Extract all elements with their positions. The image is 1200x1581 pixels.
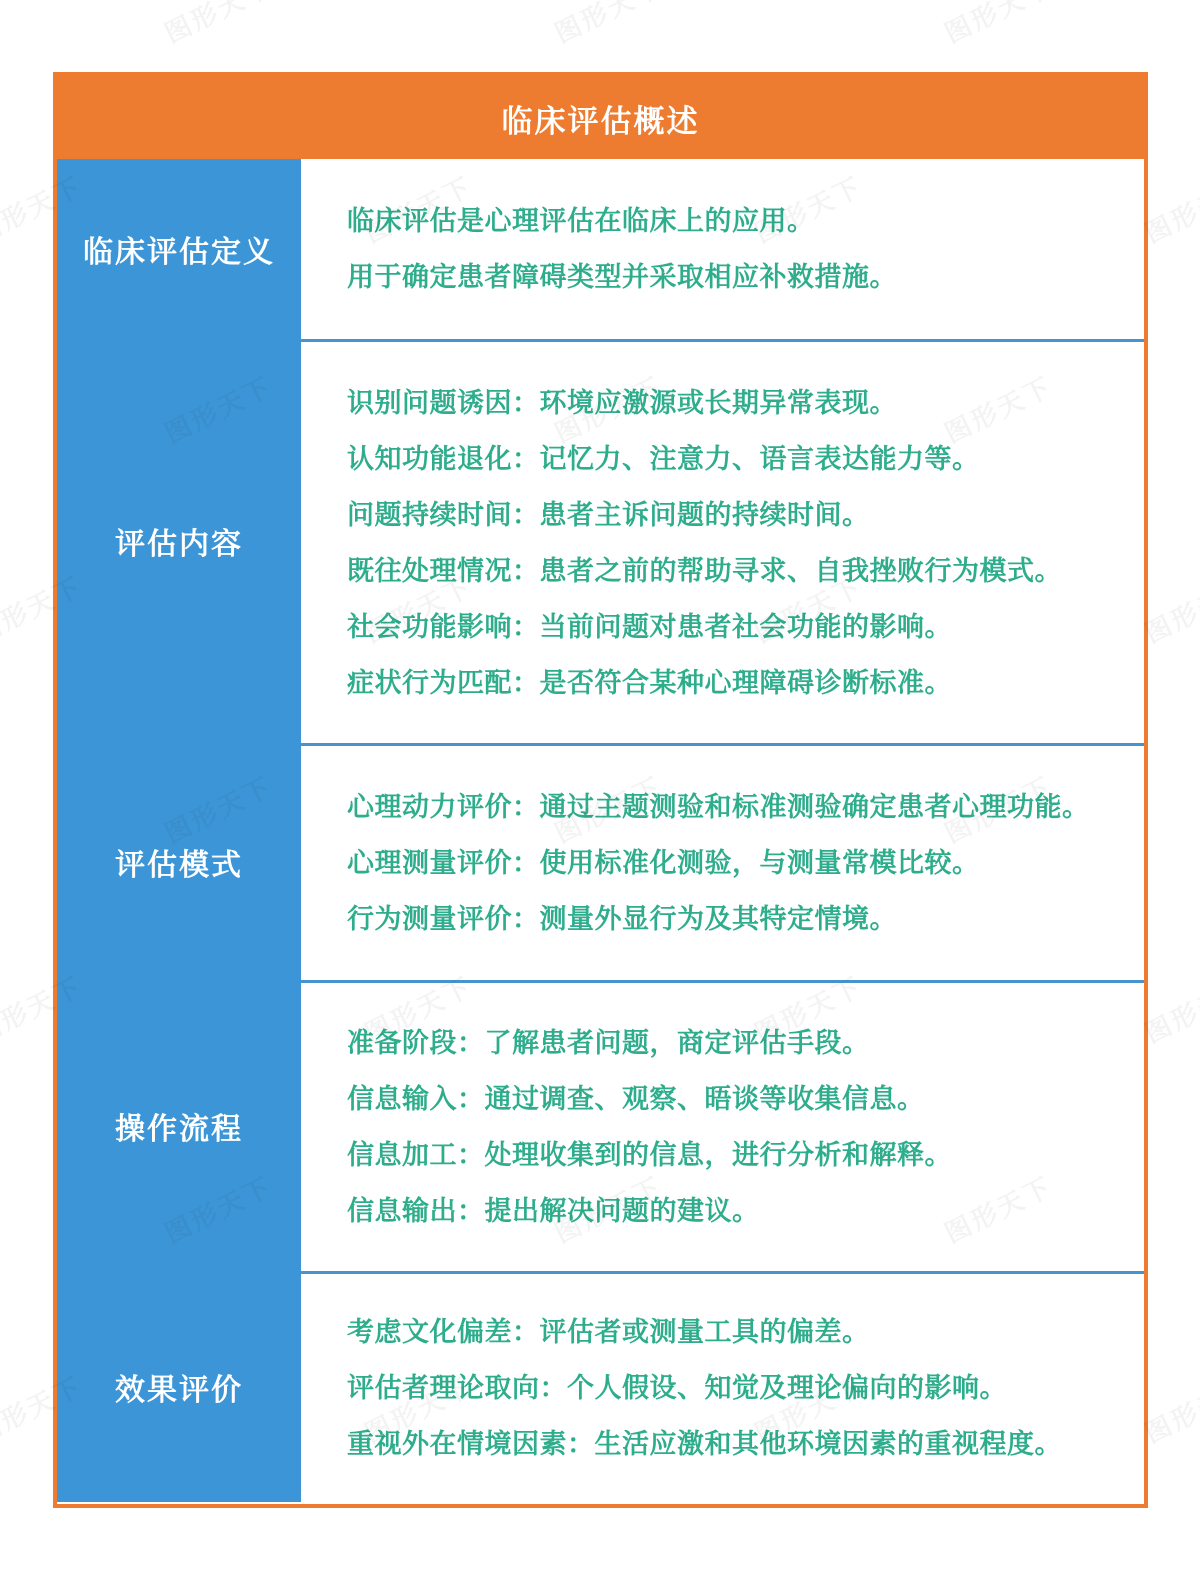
table-title: 临床评估概述	[56, 75, 1145, 160]
content-line: 症状行为匹配：是否符合某种心理障碍诊断标准。	[347, 655, 1126, 711]
content-line: 问题持续时间：患者主诉问题的持续时间。	[347, 487, 1126, 543]
watermark-text: 图形天下	[158, 0, 278, 51]
content-line: 重视外在情境因素：生活应激和其他环境因素的重视程度。	[347, 1416, 1126, 1472]
content-line: 准备阶段：了解患者问题，商定评估手段。	[347, 1015, 1126, 1071]
watermark-text: 图形天下	[938, 0, 1058, 51]
content-line: 心理测量评价：使用标准化测验，与测量常模比较。	[347, 835, 1126, 891]
watermark-text: 图形天下	[548, 0, 668, 51]
content-line: 认知功能退化：记忆力、注意力、语言表达能力等。	[347, 431, 1126, 487]
content-line: 心理动力评价：通过主题测验和标准测验确定患者心理功能。	[347, 779, 1126, 835]
content-line: 信息加工：处理收集到的信息，进行分析和解释。	[347, 1127, 1126, 1183]
row-content: 临床评估是心理评估在临床上的应用。用于确定患者障碍类型并采取相应补救措施。	[301, 159, 1144, 339]
content-line: 行为测量评价：测量外显行为及其特定情境。	[347, 891, 1126, 947]
row-content: 心理动力评价：通过主题测验和标准测验确定患者心理功能。心理测量评价：使用标准化测…	[301, 743, 1144, 980]
table-body: 临床评估定义临床评估是心理评估在临床上的应用。用于确定患者障碍类型并采取相应补救…	[57, 159, 1144, 1502]
row-label: 效果评价	[57, 1271, 301, 1502]
row-label: 操作流程	[57, 980, 301, 1271]
content-line: 临床评估是心理评估在临床上的应用。	[347, 193, 1126, 249]
content-line: 用于确定患者障碍类型并采取相应补救措施。	[347, 249, 1126, 305]
row-content: 识别问题诱因：环境应激源或长期异常表现。认知功能退化：记忆力、注意力、语言表达能…	[301, 339, 1144, 743]
content-line: 考虑文化偏差：评估者或测量工具的偏差。	[347, 1304, 1126, 1360]
content-line: 社会功能影响：当前问题对患者社会功能的影响。	[347, 599, 1126, 655]
content-line: 信息输出：提出解决问题的建议。	[347, 1183, 1126, 1239]
content-line: 识别问题诱因：环境应激源或长期异常表现。	[347, 375, 1126, 431]
content-line: 信息输入：通过调查、观察、晤谈等收集信息。	[347, 1071, 1126, 1127]
content-line: 既往处理情况：患者之前的帮助寻求、自我挫败行为模式。	[347, 543, 1126, 599]
clinical-assessment-table: 临床评估概述 临床评估定义临床评估是心理评估在临床上的应用。用于确定患者障碍类型…	[53, 72, 1148, 1508]
row-label: 临床评估定义	[57, 159, 301, 339]
row-label: 评估模式	[57, 743, 301, 980]
row-content: 准备阶段：了解患者问题，商定评估手段。信息输入：通过调查、观察、晤谈等收集信息。…	[301, 980, 1144, 1271]
row-label: 评估内容	[57, 339, 301, 743]
content-line: 评估者理论取向：个人假设、知觉及理论偏向的影响。	[347, 1360, 1126, 1416]
row-content: 考虑文化偏差：评估者或测量工具的偏差。评估者理论取向：个人假设、知觉及理论偏向的…	[301, 1271, 1144, 1502]
